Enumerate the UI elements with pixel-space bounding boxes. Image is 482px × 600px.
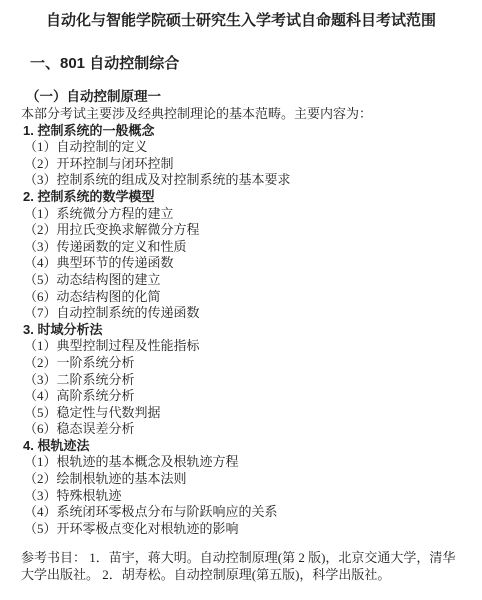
topic-item: （2）用拉氏变换求解微分方程 bbox=[24, 222, 462, 239]
topic-item: （5）稳定性与代数判据 bbox=[24, 405, 462, 422]
topic-item: （3）传递函数的定义和性质 bbox=[24, 239, 462, 256]
topic-item: （5）动态结构图的建立 bbox=[24, 272, 462, 289]
references: 参考书目： 1．苗宇，蒋大明。自动控制原理(第 2 版)，北京交通大学，清华 大… bbox=[21, 549, 462, 583]
document-body: 本部分考试主要涉及经典控制理论的基本范畴。主要内容为： 1. 控制系统的一般概念… bbox=[21, 106, 462, 583]
topic-heading: 4. 根轨迹法 bbox=[23, 438, 462, 455]
section-heading-801: 一、801 自动控制综合 bbox=[30, 56, 482, 72]
topic-item: （1）自动控制的定义 bbox=[24, 139, 462, 156]
topic-heading: 3. 时域分析法 bbox=[23, 322, 462, 339]
topic-item: （2）绘制根轨迹的基本法则 bbox=[24, 471, 462, 488]
topic-item: （4）典型环节的传递函数 bbox=[24, 255, 462, 272]
topic-item: （7）自动控制系统的传递函数 bbox=[24, 305, 462, 322]
topic-item: （1）典型控制过程及性能指标 bbox=[24, 338, 462, 355]
reference-line: 参考书目： 1．苗宇，蒋大明。自动控制原理(第 2 版)，北京交通大学，清华 bbox=[21, 549, 462, 566]
topic-item: （2）开环控制与闭环控制 bbox=[24, 156, 462, 173]
topic-item: （6）稳态误差分析 bbox=[24, 421, 462, 438]
topic-item: （4）高阶系统分析 bbox=[24, 388, 462, 405]
topic-item: （1）根轨迹的基本概念及根轨迹方程 bbox=[24, 454, 462, 471]
topic-item: （3）特殊根轨迹 bbox=[24, 488, 462, 505]
topic-item: （3）二阶系统分析 bbox=[24, 372, 462, 389]
topic-item: （1）系统微分方程的建立 bbox=[24, 206, 462, 223]
document-title: 自动化与智能学院硕士研究生入学考试自命题科目考试范围 bbox=[0, 0, 482, 29]
topic-heading: 2. 控制系统的数学模型 bbox=[23, 189, 462, 206]
document-page: 自动化与智能学院硕士研究生入学考试自命题科目考试范围 一、801 自动控制综合 … bbox=[0, 0, 482, 600]
topic-item: （3）控制系统的组成及对控制系统的基本要求 bbox=[24, 172, 462, 189]
topic-item: （6）动态结构图的化简 bbox=[24, 289, 462, 306]
subsection-heading-principle-one: （一）自动控制原理一 bbox=[26, 89, 482, 104]
topic-item: （5）开环零极点变化对根轨迹的影响 bbox=[24, 521, 462, 538]
topic-heading: 1. 控制系统的一般概念 bbox=[23, 123, 462, 140]
intro-text: 本部分考试主要涉及经典控制理论的基本范畴。主要内容为： bbox=[21, 106, 462, 123]
topic-list: 1. 控制系统的一般概念（1）自动控制的定义（2）开环控制与闭环控制（3）控制系… bbox=[21, 123, 462, 538]
reference-line: 大学出版社。 2．胡寿松。自动控制原理(第五版)，科学出版社。 bbox=[21, 566, 462, 583]
topic-item: （4）系统闭环零极点分布与阶跃响应的关系 bbox=[24, 504, 462, 521]
topic-item: （2）一阶系统分析 bbox=[24, 355, 462, 372]
